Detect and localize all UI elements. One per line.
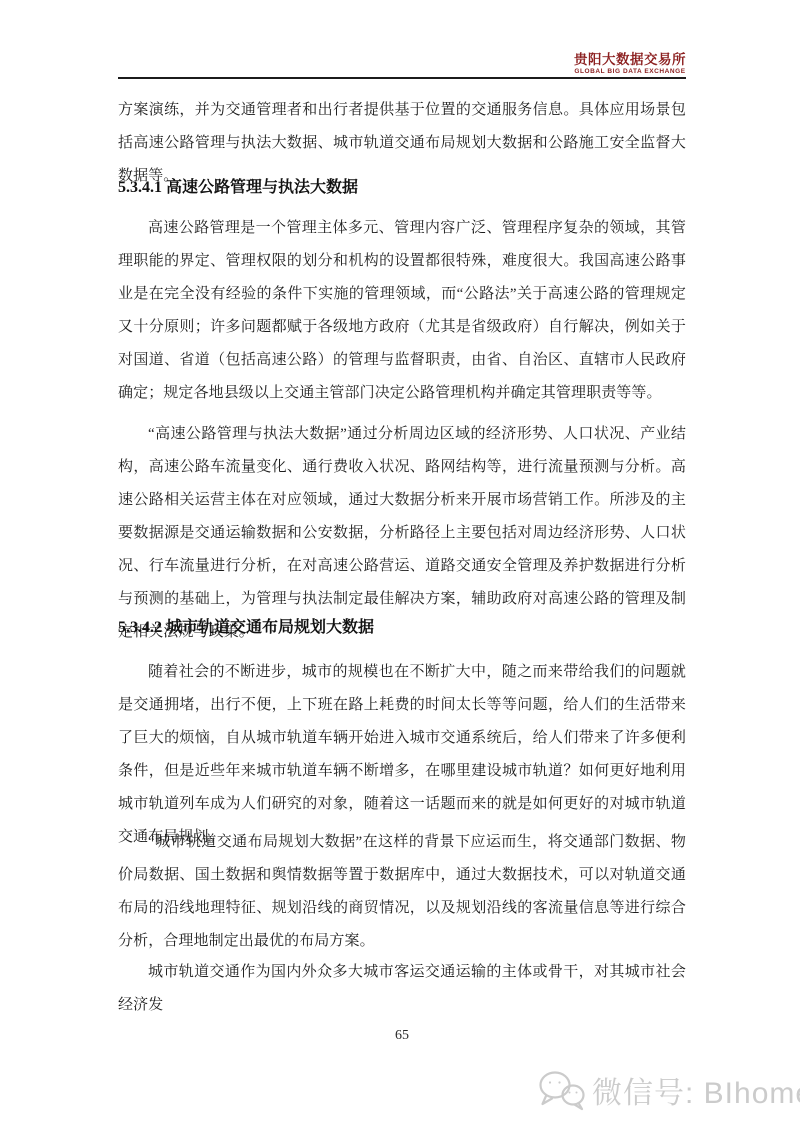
watermark: 微信号: BIhome <box>536 1068 800 1112</box>
paragraph-highway-bigdata: “高速公路管理与执法大数据”通过分析周边区域的经济形势、人口状况、产业结构，高速… <box>118 418 686 649</box>
logo: 贵阳大数据交易所 GLOBAL BIG DATA EXCHANGE <box>574 53 686 75</box>
page-header: 贵阳大数据交易所 GLOBAL BIG DATA EXCHANGE <box>118 0 686 79</box>
logo-cn-text: 贵阳大数据交易所 <box>574 53 686 67</box>
section-heading-5-3-4-1: 5.3.4.1 高速公路管理与执法大数据 <box>118 176 686 200</box>
document-page: 贵阳大数据交易所 GLOBAL BIG DATA EXCHANGE 方案演练，并… <box>0 0 800 1131</box>
page-number: 65 <box>118 1028 686 1044</box>
paragraph-urban-rail-bigdata: “城市轨道交通布局规划大数据”在这样的背景下应运而生，将交通部门数据、物价局数据… <box>118 826 686 958</box>
wechat-icon <box>536 1069 586 1111</box>
section-heading-5-3-4-2: 5.3.4.2 城市轨道交通布局规划大数据 <box>118 616 686 640</box>
paragraph-urban-rail-role: 城市轨道交通作为国内外众多大城市客运交通运输的主体或骨干，对其城市社会经济发 <box>118 956 686 1022</box>
paragraph-urban-rail-context: 随着社会的不断进步，城市的规模也在不断扩大中，随之而来带给我们的问题就是交通拥堵… <box>118 656 686 854</box>
paragraph-highway-management: 高速公路管理是一个管理主体多元、管理内容广泛、管理程序复杂的领域，其管理职能的界… <box>118 212 686 410</box>
watermark-text: 微信号: BIhome <box>592 1068 800 1112</box>
header-divider <box>118 77 686 79</box>
logo-en-text: GLOBAL BIG DATA EXCHANGE <box>574 69 686 76</box>
